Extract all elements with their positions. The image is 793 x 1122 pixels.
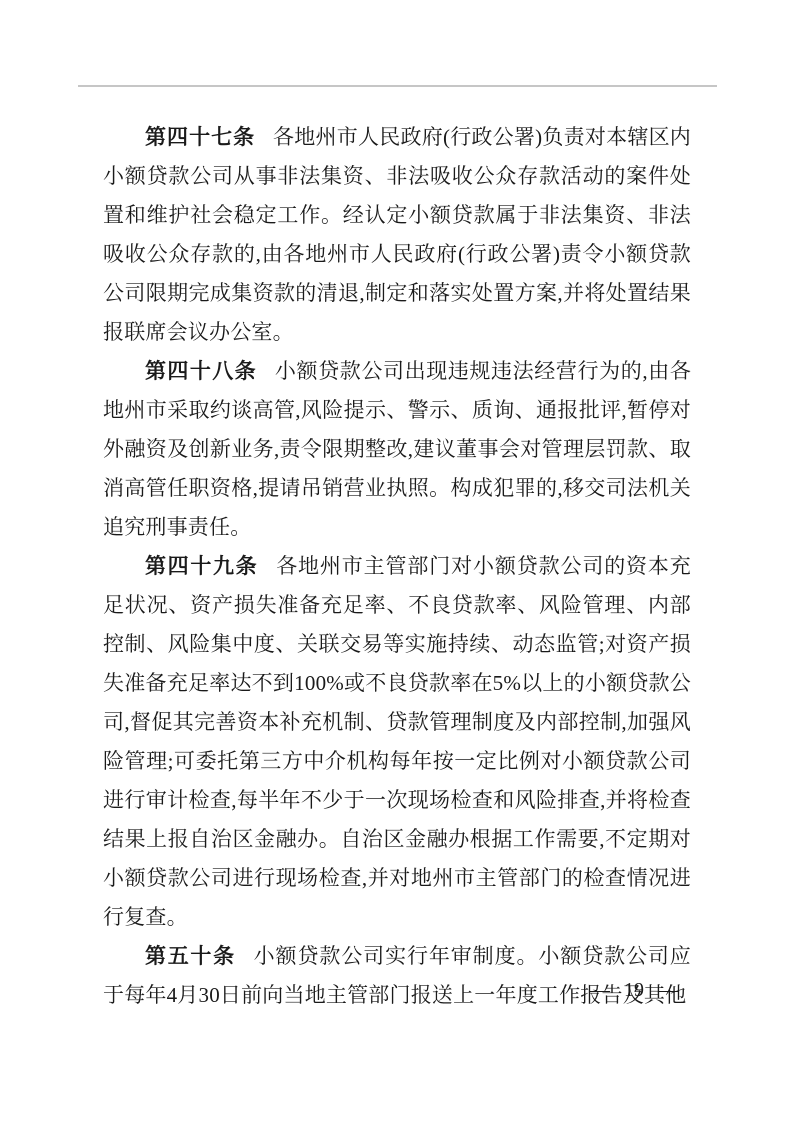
article-47-text: 各地州市人民政府(行政公署)负责对本辖区内小额贷款公司从事非法集资、非法吸收公众…	[103, 125, 691, 344]
article-48-text: 小额贷款公司出现违规违法经营行为的,由各地州市采取约谈高管,风险提示、警示、质询…	[103, 359, 691, 539]
header-divider-rule	[78, 85, 717, 87]
article-50-paragraph: 第五十条小额贷款公司实行年审制度。小额贷款公司应于每年4月30日前向当地主管部门…	[103, 937, 691, 1015]
article-47-paragraph: 第四十七条各地州市人民政府(行政公署)负责对本辖区内小额贷款公司从事非法集资、非…	[103, 118, 691, 352]
article-49-text: 各地州市主管部门对小额贷款公司的资本充足状况、资产损失准备充足率、不良贷款率、风…	[103, 554, 691, 929]
article-49-paragraph: 第四十九条各地州市主管部门对小额贷款公司的资本充足状况、资产损失准备充足率、不良…	[103, 547, 691, 937]
article-48-number: 第四十八条	[145, 360, 257, 383]
document-page: 第四十七条各地州市人民政府(行政公署)负责对本辖区内小额贷款公司从事非法集资、非…	[0, 0, 793, 1122]
article-47-number: 第四十七条	[145, 126, 255, 149]
document-body: 第四十七条各地州市人民政府(行政公署)负责对本辖区内小额贷款公司从事非法集资、非…	[103, 118, 691, 1015]
article-49-number: 第四十九条	[145, 555, 258, 578]
article-50-number: 第五十条	[145, 945, 236, 968]
article-48-paragraph: 第四十八条小额贷款公司出现违规违法经营行为的,由各地州市采取约谈高管,风险提示、…	[103, 352, 691, 547]
page-number: — 19 —	[0, 979, 678, 1001]
